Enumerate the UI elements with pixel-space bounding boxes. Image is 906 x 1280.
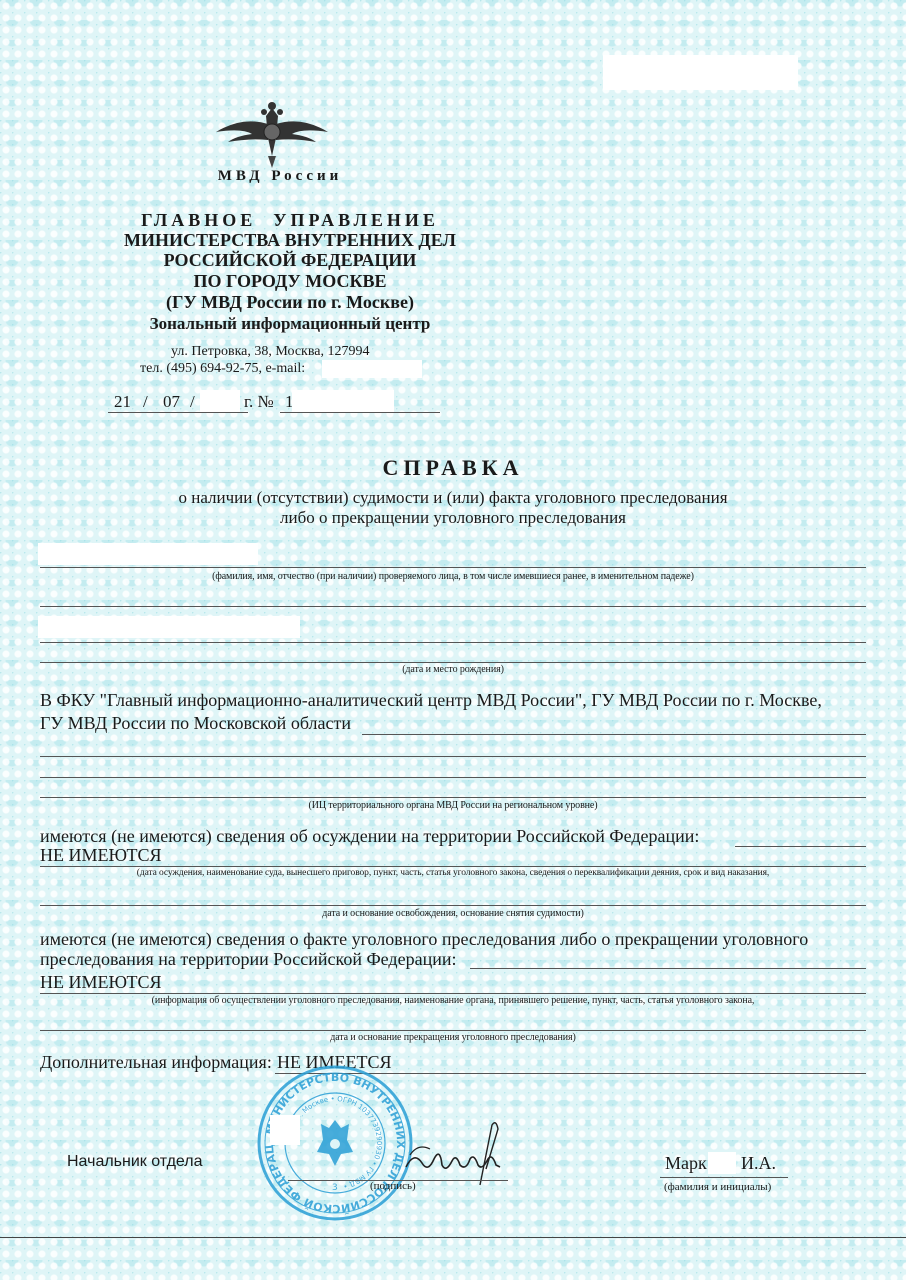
redacted-doc-number xyxy=(292,390,394,412)
number-underline xyxy=(280,412,440,413)
sources-line-2 xyxy=(40,756,866,757)
conviction-caption-1: (дата осуждения, наименование суда, выне… xyxy=(40,868,866,878)
org-phone-email: тел. (495) 694-92-75, e-mail: xyxy=(140,361,305,377)
redacted-birth-info xyxy=(38,616,300,638)
birth-line-3 xyxy=(40,662,866,663)
birth-line-1 xyxy=(40,606,866,607)
prosecution-label-underline xyxy=(470,968,866,969)
bottom-rule xyxy=(0,1237,906,1238)
prosecution-line-2 xyxy=(40,1030,866,1031)
birth-line-2 xyxy=(40,642,866,643)
ministry-short-name: МВД России xyxy=(170,168,390,185)
document-subtitle-2: либо о прекращении уголовного преследова… xyxy=(0,508,906,528)
name-caption: (фамилия и инициалы) xyxy=(664,1181,771,1193)
sources-line-3 xyxy=(40,777,866,778)
redacted-surname-end xyxy=(708,1152,736,1174)
fio-caption: (фамилия, имя, отчество (при наличии) пр… xyxy=(40,571,866,582)
conviction-value-line xyxy=(40,866,866,867)
prosecution-label-2: преследования на территории Российской Ф… xyxy=(40,949,456,970)
doc-date-day: 21 xyxy=(114,392,131,412)
document-subtitle-1: о наличии (отсутствии) судимости и (или)… xyxy=(0,488,906,508)
prosecution-value-line xyxy=(40,993,866,994)
birth-caption: (дата и место рождения) xyxy=(40,664,866,675)
sources-text-line-2: ГУ МВД России по Московской области xyxy=(40,713,351,734)
doc-date-sep-1: / xyxy=(143,392,148,412)
prosecution-value: НЕ ИМЕЮТСЯ xyxy=(40,972,162,993)
mvd-emblem-icon xyxy=(212,98,332,170)
org-header-line-5: (ГУ МВД России по г. Москве) xyxy=(100,292,480,313)
ic-caption: (ИЦ территориального органа МВД России н… xyxy=(40,800,866,811)
prosecution-caption-2: дата и основание прекращения уголовного … xyxy=(40,1032,866,1043)
redacted-full-name xyxy=(38,543,258,565)
prosecution-caption-1: (информация об осуществлении уголовного … xyxy=(40,995,866,1006)
signatory-surname: Марк xyxy=(665,1153,707,1174)
sources-line-1 xyxy=(362,734,866,735)
name-line xyxy=(660,1177,788,1178)
doc-number-label: г. № xyxy=(244,392,274,412)
org-header-line-3: РОССИЙСКОЙ ФЕДЕРАЦИИ xyxy=(100,250,480,271)
fio-line xyxy=(40,567,866,568)
conviction-label-underline xyxy=(735,846,866,847)
redacted-year xyxy=(200,390,240,412)
org-address: ул. Петровка, 38, Москва, 127994 xyxy=(171,344,370,360)
sources-line-4 xyxy=(40,797,866,798)
org-header-line-2: МИНИСТЕРСТВА ВНУТРЕННИХ ДЕЛ xyxy=(100,230,480,251)
date-underline xyxy=(108,412,248,413)
conviction-line-2 xyxy=(40,905,866,906)
conviction-caption-2: дата и основание освобождения, основание… xyxy=(40,908,866,919)
additional-info-label: Дополнительная информация: xyxy=(40,1052,272,1073)
svg-text:3: 3 xyxy=(332,1183,338,1193)
signature-caption: (подпись) xyxy=(370,1180,416,1192)
redacted-email xyxy=(322,360,422,378)
signatory-position: Начальник отдела xyxy=(67,1153,203,1171)
doc-date-sep-2: / xyxy=(190,392,195,412)
sources-text-line-1: В ФКУ "Главный информационно-аналитическ… xyxy=(40,690,822,711)
redacted-block-top-right xyxy=(603,55,798,90)
org-header-line-4: ПО ГОРОДУ МОСКВЕ xyxy=(100,271,480,292)
doc-date-month: 07 xyxy=(163,392,180,412)
prosecution-label-1: имеются (не имеются) сведения о факте уг… xyxy=(40,929,808,950)
conviction-label: имеются (не имеются) сведения об осужден… xyxy=(40,826,699,847)
document-title: СПРАВКА xyxy=(0,455,906,481)
org-header-line-1: ГЛАВНОЕ УПРАВЛЕНИЕ xyxy=(100,210,480,231)
redacted-stamp-part xyxy=(270,1115,300,1145)
org-header-line-6: Зональный информационный центр xyxy=(100,313,480,334)
handwritten-signature-icon xyxy=(400,1115,520,1195)
conviction-value: НЕ ИМЕЮТСЯ xyxy=(40,845,162,866)
signatory-initials: И.А. xyxy=(741,1153,776,1174)
